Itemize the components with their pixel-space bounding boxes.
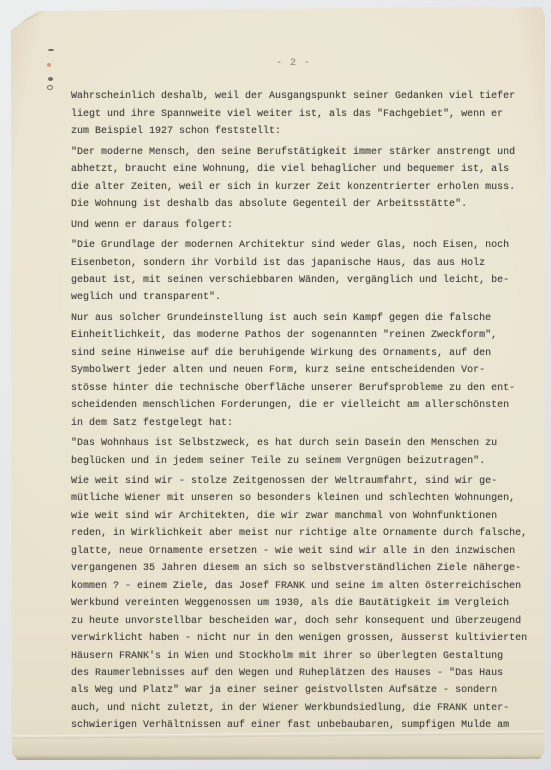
scan-background: - 2 - Wahrscheinlich deshalb, weil der A… — [0, 0, 551, 770]
paragraph: Nur aus solcher Grundeinstellung ist auc… — [71, 310, 516, 432]
paragraph: "Das Wohnhaus ist Selbstzweck, es hat du… — [71, 435, 516, 470]
paragraph: Wie weit sind wir - stolze Zeitgenossen … — [71, 473, 516, 735]
document-body: Wahrscheinlich deshalb, weil der Ausgang… — [71, 88, 516, 734]
paragraph: "Die Grundlage der modernen Architektur … — [71, 237, 516, 307]
page-content: - 2 - Wahrscheinlich deshalb, weil der A… — [11, 7, 545, 760]
paragraph: Und wenn er daraus folgert: — [71, 217, 516, 234]
paragraph: "Der moderne Mensch, den seine Berufstät… — [71, 144, 516, 214]
document-page: - 2 - Wahrscheinlich deshalb, weil der A… — [11, 7, 545, 760]
bottom-edge-shadow — [11, 755, 545, 760]
paragraph: Wahrscheinlich deshalb, weil der Ausgang… — [71, 88, 516, 140]
page-number: - 2 - — [71, 55, 516, 72]
